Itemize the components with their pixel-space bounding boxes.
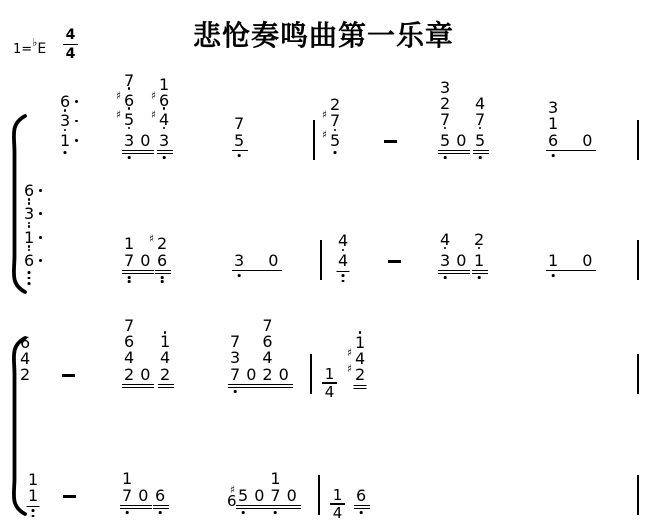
note: 7 — [124, 319, 134, 332]
note-digit: 3 — [60, 111, 70, 130]
note-column: 21 — [474, 230, 484, 268]
note: 4 — [440, 233, 450, 246]
rest-note: 0 — [268, 253, 278, 268]
note: 5 — [475, 133, 485, 148]
note: 1 — [28, 488, 38, 503]
barline — [320, 240, 322, 280]
note: 7 — [475, 113, 485, 126]
beam-underline — [122, 268, 154, 274]
sharp-icon: ♯ — [322, 110, 327, 120]
half-note-dash — [388, 260, 401, 263]
note: 7 — [122, 488, 132, 503]
octave-dot-mark — [552, 154, 555, 157]
octave-dot-mark — [64, 151, 67, 154]
beam-group: 76420 — [124, 316, 150, 382]
underline — [228, 384, 293, 385]
beam-group: 1♯6♯43 — [159, 75, 169, 148]
note-digit: 7 — [330, 111, 340, 130]
underline — [438, 150, 470, 151]
note: 2 — [440, 97, 450, 110]
note-digit: 6 — [60, 92, 70, 111]
underline — [354, 508, 370, 509]
note-column: 3 — [234, 250, 244, 268]
octave-dot-mark — [238, 154, 241, 157]
score-title: 悲怆奏鸣曲第一乐章 — [0, 14, 647, 54]
underline — [158, 384, 174, 385]
underline — [438, 273, 470, 274]
note: 3 — [234, 253, 244, 268]
chord-stack: 631 — [60, 93, 70, 148]
note-underline-and-dots — [27, 504, 40, 518]
octave-dot — [64, 151, 67, 154]
note: 4 — [338, 233, 348, 248]
note: 6 — [157, 253, 167, 268]
note-digit: 4 — [440, 230, 450, 249]
underline — [472, 273, 488, 274]
beam-group: 142 — [160, 332, 170, 382]
note: 1 — [60, 133, 70, 148]
rest-note: 0 — [140, 253, 150, 268]
beam-columns: 1♯6♯43 — [159, 75, 169, 148]
beam-group: 3160 — [548, 98, 592, 148]
beam-columns: ♯26 — [157, 234, 167, 268]
underline — [473, 153, 489, 154]
note: 7 — [124, 253, 134, 268]
sharp-icon: ♯ — [116, 91, 121, 101]
octave-dots-below — [161, 275, 164, 283]
underline — [155, 273, 171, 274]
beam-group: 475 — [475, 94, 485, 148]
octave-dot-mark — [479, 156, 482, 159]
beam-underline — [236, 503, 301, 509]
augmentation-dot — [39, 189, 42, 192]
note: ♯7 — [330, 113, 340, 128]
underline — [438, 270, 470, 271]
rest-column: 0 — [287, 485, 297, 503]
octave-dot-mark — [126, 511, 129, 514]
note: 7 — [270, 488, 280, 503]
note: 2 — [474, 233, 484, 246]
note: 7 — [262, 319, 272, 332]
note: 7 — [124, 74, 134, 87]
beam-columns: ♯560170 — [238, 469, 297, 503]
rest-column: 0 — [140, 250, 150, 268]
octave-dots-below — [552, 153, 555, 157]
underline — [120, 508, 152, 509]
beam-columns: 76420 — [124, 316, 150, 382]
underline — [122, 384, 154, 385]
barline — [637, 120, 639, 160]
chord-stack: 44 — [338, 232, 348, 268]
barline — [318, 475, 320, 515]
augmentation-dot — [39, 236, 42, 239]
beam-underline — [232, 268, 282, 271]
note-digit: 4 — [338, 231, 348, 250]
underline — [232, 270, 282, 271]
beam-underline — [438, 268, 470, 274]
underline — [228, 387, 293, 388]
rest-note: 0 — [140, 367, 150, 382]
sharp-icon: ♯ — [116, 110, 121, 120]
rest-note: 0 — [287, 488, 297, 503]
beam-underline — [122, 382, 154, 388]
augmentation-dot — [75, 100, 78, 103]
underline — [236, 505, 301, 506]
beam-group: 430 — [440, 230, 466, 268]
note-digit: 5 — [330, 131, 340, 150]
note: ♯6 — [124, 94, 134, 107]
octave-dot-mark — [161, 280, 164, 283]
note-digit: 4 — [159, 110, 169, 129]
octave-dot-mark — [334, 151, 337, 154]
note: 1 — [548, 253, 558, 268]
beam-underline — [153, 503, 169, 509]
note-column: 17 — [270, 469, 280, 503]
beam-group: 30 — [234, 250, 278, 268]
octave-dot — [28, 282, 31, 285]
note: ♯4 — [355, 351, 365, 366]
augmentation-dot — [39, 212, 42, 215]
octave-dot-mark — [274, 511, 277, 514]
octave-dot-mark — [242, 511, 245, 514]
note-column: 75 — [234, 114, 244, 148]
octave-dots-below — [444, 275, 447, 279]
note-column: ♯26 — [157, 234, 167, 268]
beam-columns: 75 — [234, 114, 244, 148]
sharp-icon: ♯ — [149, 234, 154, 244]
rest-note: 0 — [254, 488, 264, 503]
octave-dot — [342, 274, 345, 277]
beam-underline — [472, 268, 488, 274]
beam-group: 6 — [155, 485, 165, 503]
underline — [122, 153, 154, 154]
grand-staff-brace — [2, 336, 28, 520]
augmentation-dot — [75, 139, 78, 142]
octave-dots-below — [479, 155, 482, 159]
underline — [153, 508, 169, 509]
beam-columns: 30 — [234, 250, 278, 268]
beam-underline — [122, 148, 154, 154]
rest-column: 0 — [582, 250, 592, 268]
note: ♯5 — [124, 113, 134, 126]
augmentation-dot — [75, 120, 78, 123]
rest-column: 0 — [138, 485, 148, 503]
rest-note: 0 — [138, 488, 148, 503]
octave-dot-mark — [128, 280, 131, 283]
note: 6 — [60, 94, 70, 109]
underline — [157, 150, 173, 151]
octave-dot-mark — [552, 274, 555, 277]
note-column: ♯56 — [238, 485, 248, 503]
half-note-dash — [62, 374, 75, 377]
note-column: 7642 — [124, 316, 134, 382]
beam-columns: 170 — [122, 469, 148, 503]
rest-note: 0 — [279, 367, 289, 382]
grand-staff-brace — [2, 114, 28, 298]
octave-dot-mark — [444, 156, 447, 159]
note: 7 — [234, 117, 244, 130]
octave-dots-below — [478, 275, 481, 279]
beam-columns: 430 — [440, 230, 466, 268]
note-column: 1 — [548, 250, 558, 268]
beam-underline — [232, 148, 248, 151]
octave-dots-below — [360, 510, 363, 514]
note-column: 43 — [440, 230, 450, 268]
note: ♯2 — [157, 237, 167, 250]
note: 3 — [440, 253, 450, 268]
note-digit: 7 — [475, 110, 485, 129]
octave-dot — [32, 509, 35, 512]
note: 6 — [356, 488, 366, 503]
underline — [158, 387, 174, 388]
octave-dot-mark — [478, 276, 481, 279]
note-digit: 6 — [159, 91, 169, 110]
note-digit: 6 — [124, 91, 134, 110]
note: 1 — [124, 237, 134, 250]
beam-group: 7♯6♯530 — [124, 71, 150, 148]
meter-numerator: 1 — [333, 488, 343, 502]
rest-note: 0 — [140, 133, 150, 148]
sharp-icon: ♯ — [151, 110, 156, 120]
rest-note: 0 — [582, 253, 592, 268]
note-column: 737 — [230, 332, 240, 382]
beam-columns: 32750 — [440, 78, 466, 148]
note: 3 — [124, 133, 134, 148]
system-2-right-hand: 6♯4♯276420142737076420141♯4♯2 — [0, 306, 647, 396]
octave-dot-mark — [360, 511, 363, 514]
octave-dots-below — [552, 273, 555, 277]
underline — [122, 150, 154, 151]
octave-dots-below — [238, 153, 241, 157]
note: 4 — [338, 253, 348, 268]
octave-dot — [28, 271, 31, 274]
rest-note: 0 — [246, 367, 256, 382]
note: 3 — [159, 133, 169, 148]
octave-dot — [342, 280, 345, 283]
note: 4 — [160, 351, 170, 364]
octave-dot-mark — [161, 276, 164, 279]
beam-group: ♯26 — [157, 234, 167, 268]
octave-dot-mark — [28, 271, 31, 274]
note: ♯4 — [159, 113, 169, 126]
beam-group: ♯560170 — [238, 469, 297, 503]
note: 3 — [548, 101, 558, 114]
octave-dots-below — [128, 275, 131, 283]
beam-columns: 737076420 — [230, 316, 289, 382]
rest-column: 0 — [456, 130, 466, 148]
system-1-right-hand: 6317♯6♯5301♯6♯43752♯7♯5327504753160 — [0, 72, 647, 162]
beam-columns: 142 — [160, 332, 170, 382]
beam-columns: 475 — [475, 94, 485, 148]
octave-dots-below — [238, 273, 241, 277]
rest-column: 0 — [582, 130, 592, 148]
octave-dots-below — [163, 155, 166, 159]
octave-dots-below — [242, 510, 245, 514]
sharp-icon: ♯ — [322, 130, 327, 140]
note: 1 — [28, 472, 38, 487]
note: 5 — [234, 133, 244, 148]
sharp-icon: ♯ — [151, 91, 156, 101]
note-digit: 7 — [440, 110, 450, 129]
beam-underline — [157, 148, 173, 154]
underline — [473, 150, 489, 151]
octave-dot — [32, 515, 35, 518]
note: 4 — [124, 351, 134, 364]
note-underline-and-dots — [354, 383, 367, 389]
octave-dot-mark — [342, 280, 345, 283]
augmentation-dot — [39, 259, 42, 262]
beam-group: 170 — [124, 234, 150, 268]
rest-column: 0 — [246, 364, 256, 382]
underline — [337, 271, 350, 272]
note-column: 17 — [122, 469, 132, 503]
barline — [310, 354, 312, 394]
octave-dot-mark — [444, 276, 447, 279]
note-underline-and-dots — [337, 269, 350, 283]
octave-dot-mark — [32, 515, 35, 518]
beam-columns: 6 — [356, 485, 366, 503]
note: 7 — [440, 113, 450, 126]
underline — [354, 505, 370, 506]
chord-stack: 1♯4♯2 — [355, 334, 365, 382]
beam-group: 170 — [122, 469, 148, 503]
note-digit: 1 — [28, 486, 38, 505]
note-digit: 4 — [338, 251, 348, 270]
octave-dot-mark — [128, 156, 131, 159]
note: 6 — [155, 488, 165, 503]
beam-group: 6 — [356, 485, 366, 503]
beam-columns: 3160 — [548, 98, 592, 148]
beam-columns: 10 — [548, 250, 592, 268]
underline — [546, 150, 596, 151]
system-1-left-hand: 6316170♯2630444302110 — [0, 192, 647, 282]
rest-note: 0 — [456, 253, 466, 268]
octave-dot-mark — [32, 509, 35, 512]
chord-stack: 11 — [28, 471, 38, 503]
note-column: 17 — [124, 234, 134, 268]
octave-dot-mark — [342, 274, 345, 277]
beam-group: 21 — [474, 230, 484, 268]
note-digit: 2 — [355, 365, 365, 384]
note: 4 — [262, 351, 272, 364]
note: 7 — [230, 335, 240, 348]
half-note-dash — [384, 140, 397, 143]
note: 6 — [548, 133, 558, 148]
rest-column: 0 — [254, 485, 264, 503]
underline — [232, 150, 248, 151]
note-underline-and-dots — [329, 149, 342, 154]
note: 2 — [160, 367, 170, 382]
note-column: 6 — [155, 485, 165, 503]
note-column: 7642 — [262, 316, 272, 382]
note-column: 6 — [356, 485, 366, 503]
meter-numerator: 1 — [325, 367, 335, 381]
octave-dot — [28, 277, 31, 280]
octave-dot-mark — [159, 511, 162, 514]
note: 1 — [270, 472, 280, 485]
underline — [122, 387, 154, 388]
meter-fraction: 14 — [322, 367, 337, 400]
underline — [120, 505, 152, 506]
underline — [122, 273, 154, 274]
system-2-left-hand: 111706♯560170146 — [0, 427, 647, 517]
beam-underline — [473, 148, 489, 154]
note: 1 — [160, 335, 170, 348]
octave-dot-mark — [28, 282, 31, 285]
underline — [122, 270, 154, 271]
note-digit: 7 — [124, 71, 134, 90]
note-underline-and-dots — [59, 149, 72, 154]
octave-dot-mark — [28, 277, 31, 280]
rest-column: 0 — [140, 364, 150, 382]
beam-columns: 6 — [155, 485, 165, 503]
octave-dots-below — [234, 389, 237, 393]
beam-underline — [438, 148, 470, 154]
note: 2 — [330, 97, 340, 112]
rest-column: 0 — [140, 130, 150, 148]
note: 6 — [262, 335, 272, 348]
note-column: 3275 — [440, 78, 450, 148]
note: 3 — [60, 113, 70, 128]
barline — [637, 354, 639, 394]
beam-columns: 7♯6♯530 — [124, 71, 150, 148]
octave-dot-mark — [234, 390, 237, 393]
note: 2 — [262, 367, 272, 382]
underline — [438, 153, 470, 154]
note: ♯5 — [330, 133, 340, 148]
note: 4 — [475, 97, 485, 110]
note: 3 — [230, 351, 240, 364]
barline — [637, 475, 639, 515]
underline — [354, 388, 367, 389]
beam-underline — [354, 503, 370, 509]
octave-dot-mark — [128, 276, 131, 279]
note: 1 — [474, 253, 484, 268]
beam-underline — [228, 382, 293, 388]
sharp-icon: ♯ — [347, 348, 352, 358]
beam-group: 10 — [548, 250, 592, 268]
beam-columns: 21 — [474, 230, 484, 268]
rest-column: 0 — [268, 250, 278, 268]
underline — [27, 506, 40, 507]
octave-dots-below — [274, 510, 277, 514]
underline — [472, 270, 488, 271]
half-note-dash — [63, 495, 76, 498]
note-column: 7♯6♯53 — [124, 71, 134, 148]
underline — [546, 270, 596, 271]
octave-dot — [334, 151, 337, 154]
underline — [157, 153, 173, 154]
note: 1 — [548, 117, 558, 130]
meter-denominator: 4 — [325, 385, 335, 399]
note: 6 — [124, 335, 134, 348]
rest-note: 0 — [456, 133, 466, 148]
octave-dot-mark — [238, 274, 241, 277]
note: 3 — [440, 81, 450, 94]
note: ♯2 — [355, 367, 365, 382]
rest-column: 0 — [279, 364, 289, 382]
barline — [637, 240, 639, 280]
note-digit: 2 — [474, 230, 484, 249]
rest-column: 0 — [456, 250, 466, 268]
note: 1 — [355, 335, 365, 350]
barline — [313, 120, 315, 160]
note-digit: 5 — [124, 110, 134, 129]
note: 2 — [124, 367, 134, 382]
underline — [155, 270, 171, 271]
octave-dots-below — [126, 510, 129, 514]
octave-dots-below — [128, 155, 131, 159]
